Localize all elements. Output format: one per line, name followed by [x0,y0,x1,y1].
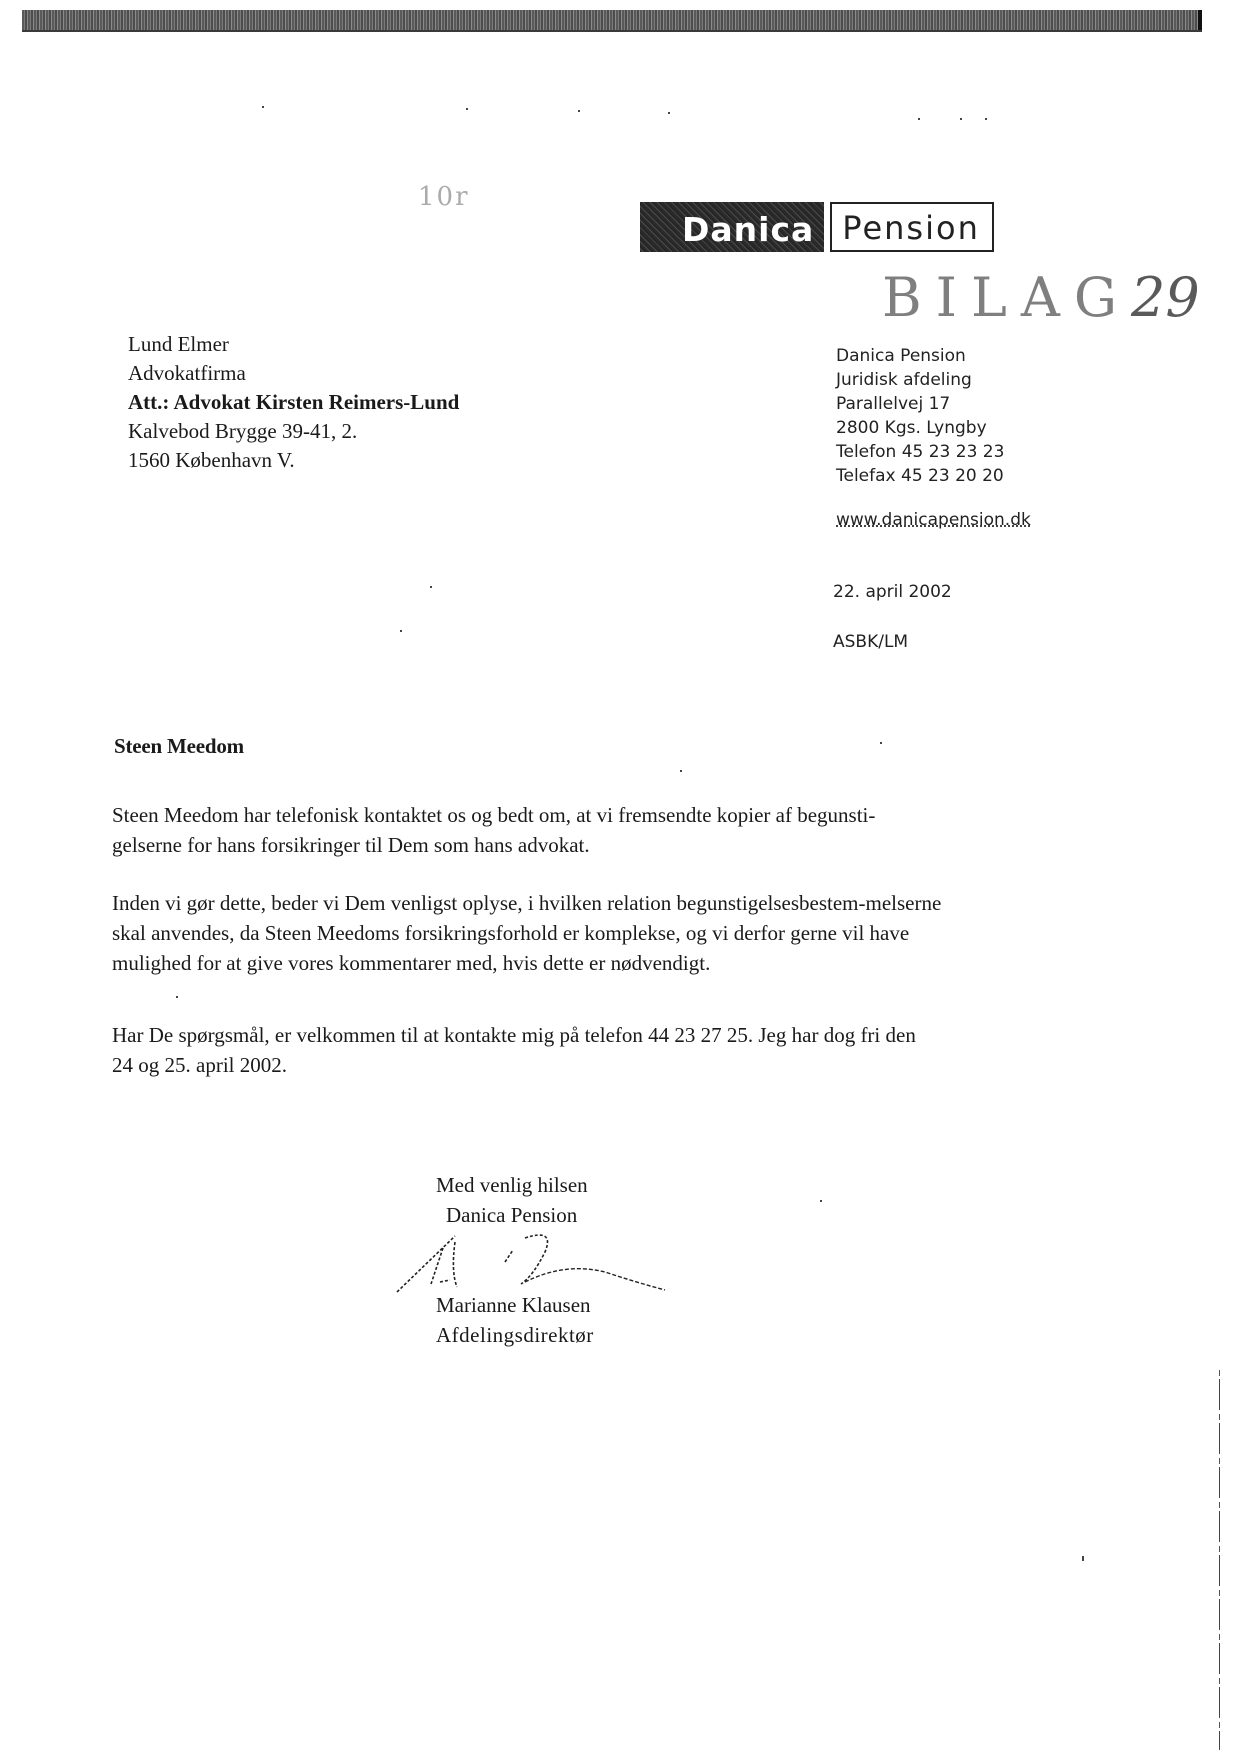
recipient-address: Lund Elmer Advokatfirma Att.: Advokat Ki… [128,330,459,475]
signer-title: Afdelingsdirektør [436,1320,594,1350]
scan-speck [960,118,962,120]
scan-speck [1082,1556,1084,1561]
sender-address: Danica Pension Juridisk afdeling Paralle… [836,344,1031,532]
scan-speck [880,742,882,744]
sender-fax: Telefax 45 23 20 20 [836,464,1031,488]
scan-margin-line [1219,1370,1220,1750]
sender-line: Parallelvej 17 [836,392,1031,416]
sender-line: Danica Pension [836,344,1031,368]
recipient-line: Advokatfirma [128,359,459,388]
recipient-line: Kalvebod Brygge 39-41, 2. [128,417,459,446]
faint-stamp-mark: 10r [418,182,470,212]
scan-speck [918,118,920,120]
exhibit-stamp-label: BILAG [882,266,1131,329]
scan-speck [820,1200,822,1202]
sender-website: www.danicapension.dk [836,508,1031,532]
body-paragraph: Inden vi gør dette, beder vi Dem venligs… [112,888,942,978]
scan-speck [466,108,468,110]
scan-speck [400,630,402,632]
body-paragraph: Steen Meedom har telefonisk kontaktet os… [112,800,942,860]
reference-code: ASBK/LM [833,632,908,652]
signer-name: Marianne Klausen [436,1290,594,1320]
scan-speck [985,118,987,120]
body-paragraph: Har De spørgsmål, er velkommen til at ko… [112,1020,942,1080]
closing-company: Danica Pension [446,1200,588,1230]
signer-block: Marianne Klausen Afdelingsdirektør [436,1290,594,1350]
scan-speck [578,110,580,112]
sender-line: Juridisk afdeling [836,368,1031,392]
closing-greeting: Med venlig hilsen [436,1170,588,1200]
recipient-line: 1560 København V. [128,446,459,475]
logo-brand-light: Pension [830,202,994,252]
scan-artifact-bar [22,10,1202,32]
exhibit-stamp: BILAG29 [882,266,1200,329]
sender-line: 2800 Kgs. Lyngby [836,416,1031,440]
company-logo: Danica Pension [640,202,994,252]
recipient-line: Lund Elmer [128,330,459,359]
sender-phone: Telefon 45 23 23 23 [836,440,1031,464]
recipient-attention: Att.: Advokat Kirsten Reimers-Lund [128,388,459,417]
scan-speck [430,586,432,588]
closing-block: Med venlig hilsen Danica Pension [436,1170,588,1230]
scan-speck [262,106,264,108]
letter-subject: Steen Meedom [114,734,244,759]
scan-speck [668,112,670,114]
scan-speck [680,770,682,772]
scan-speck [176,996,178,998]
letter-date: 22. april 2002 [833,582,952,602]
exhibit-stamp-number: 29 [1131,266,1200,329]
logo-brand-dark: Danica [640,202,824,252]
